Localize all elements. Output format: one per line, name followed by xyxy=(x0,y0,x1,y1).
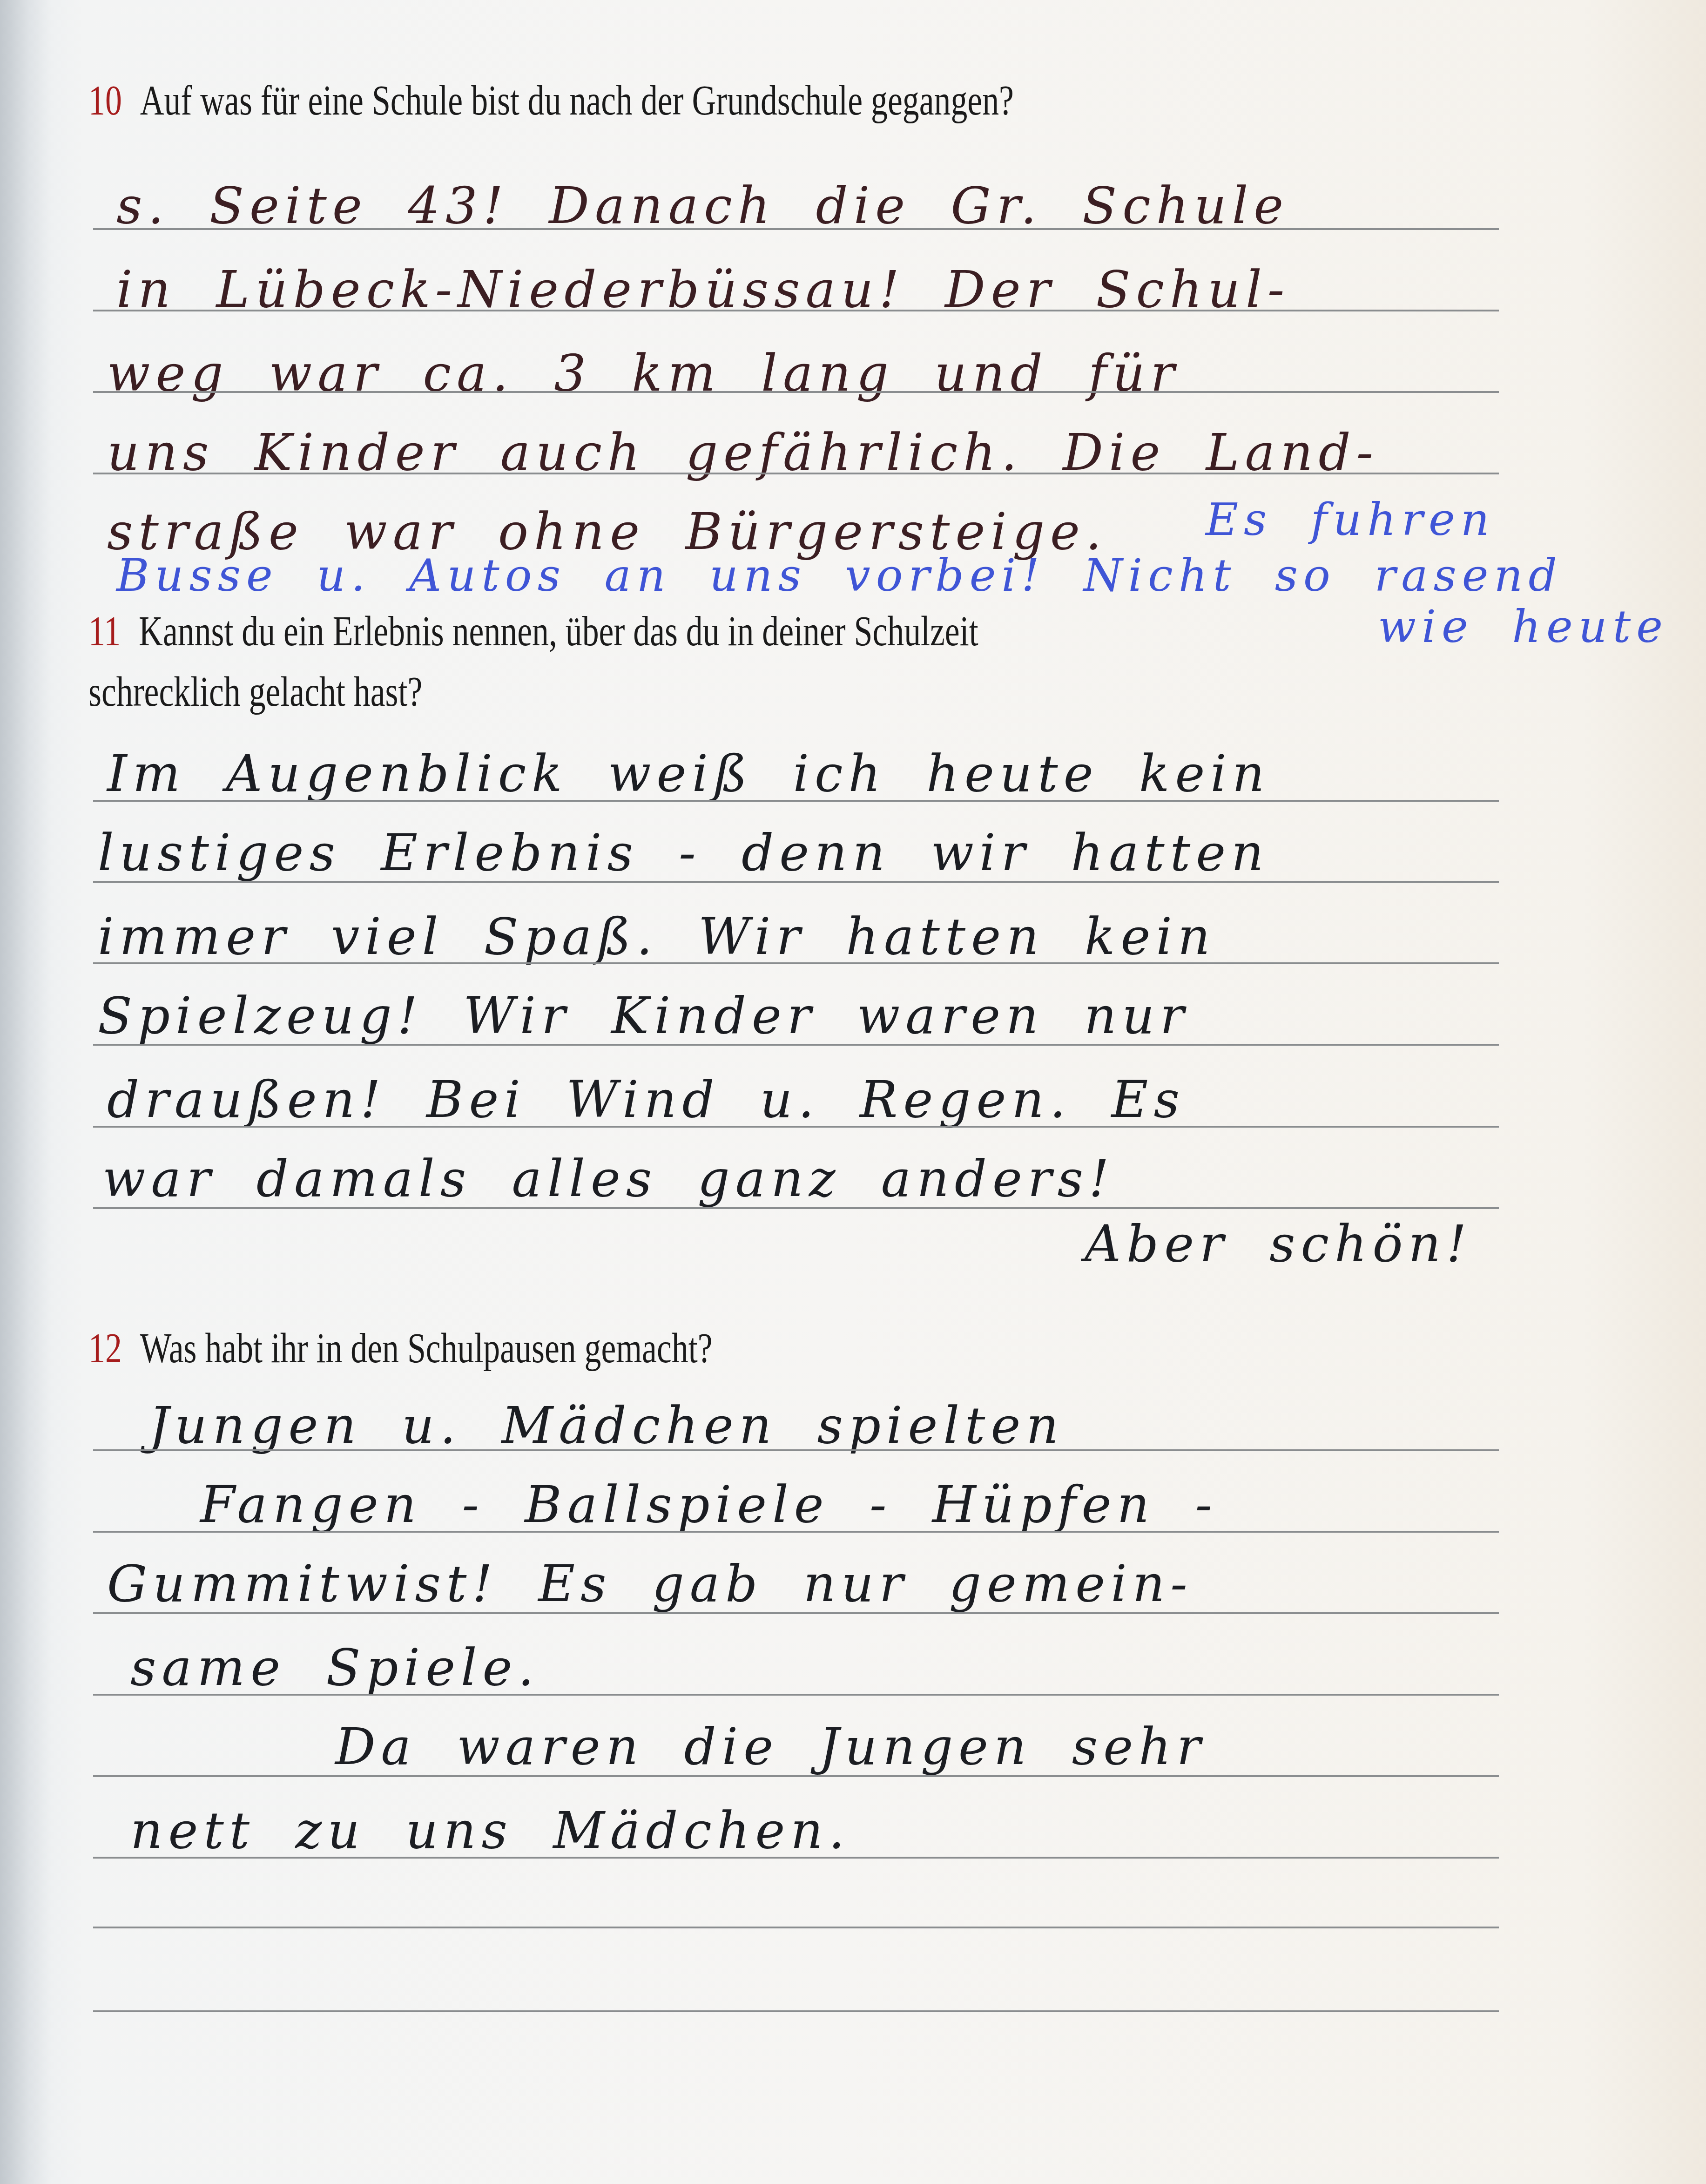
writing-line xyxy=(93,1927,1499,1928)
answer-line: s. Seite 43! Danach die Gr. Schule xyxy=(116,177,1289,235)
answer-line: Jungen u. Mädchen spielten xyxy=(149,1397,1064,1455)
writing-line xyxy=(93,2010,1499,2012)
answer-line: lustiges Erlebnis - denn wir hatten xyxy=(98,824,1269,882)
writing-line xyxy=(93,1775,1499,1777)
question-11: 11Kannst du ein Erlebnis nennen, über da… xyxy=(88,605,978,656)
answer-line: Aber schön! xyxy=(1085,1215,1472,1273)
answer-line: weg war ca. 3 km lang und für xyxy=(107,345,1180,403)
question-number: 10 xyxy=(88,76,122,124)
question-text: Was habt ihr in den Schulpausen gemacht? xyxy=(140,1324,713,1372)
writing-line xyxy=(93,228,1499,230)
writing-line xyxy=(93,1531,1499,1533)
answer-line: war damals alles ganz anders! xyxy=(102,1150,1114,1208)
question-text: Kannst du ein Erlebnis nennen, über das … xyxy=(139,607,978,655)
writing-line xyxy=(93,310,1499,311)
answer-line: Da waren die Jungen sehr xyxy=(335,1718,1206,1776)
writing-line xyxy=(93,473,1499,474)
blue-annotation: Es fuhren xyxy=(1206,494,1495,546)
writing-line xyxy=(93,1044,1499,1046)
answer-line: same Spiele. xyxy=(130,1639,539,1697)
question-12: 12Was habt ihr in den Schulpausen gemach… xyxy=(88,1322,712,1373)
answer-line: nett zu uns Mädchen. xyxy=(130,1802,850,1860)
answer-line: draußen! Bei Wind u. Regen. Es xyxy=(107,1071,1185,1129)
blue-annotation: wie heute xyxy=(1378,601,1668,653)
question-number: 12 xyxy=(88,1324,122,1372)
blue-annotation: Busse u. Autos an uns vorbei! Nicht so r… xyxy=(116,549,1563,602)
question-10: 10Auf was für eine Schule bist du nach d… xyxy=(88,74,1014,126)
question-text: Auf was für eine Schule bist du nach der… xyxy=(140,76,1014,124)
answer-line: Spielzeug! Wir Kinder waren nur xyxy=(98,987,1190,1045)
writing-line xyxy=(93,1694,1499,1696)
writing-line xyxy=(93,1449,1499,1451)
question-number: 11 xyxy=(88,607,121,655)
answer-line: Im Augenblick weiß ich heute kein xyxy=(107,745,1270,803)
answer-line: immer viel Spaß. Wir hatten kein xyxy=(98,908,1216,966)
writing-line xyxy=(93,800,1499,802)
writing-line xyxy=(93,1126,1499,1128)
page-gutter-shadow xyxy=(0,0,51,2184)
writing-line xyxy=(93,1857,1499,1859)
writing-line xyxy=(93,1207,1499,1209)
writing-line xyxy=(93,962,1499,964)
writing-line xyxy=(93,1612,1499,1614)
answer-line: Fangen - Ballspiele - Hüpfen - xyxy=(200,1476,1218,1534)
writing-line xyxy=(93,391,1499,393)
writing-line xyxy=(93,881,1499,883)
answer-line: Gummitwist! Es gab nur gemein- xyxy=(107,1555,1193,1613)
question-text-continuation: schrecklich gelacht hast? xyxy=(88,666,422,717)
